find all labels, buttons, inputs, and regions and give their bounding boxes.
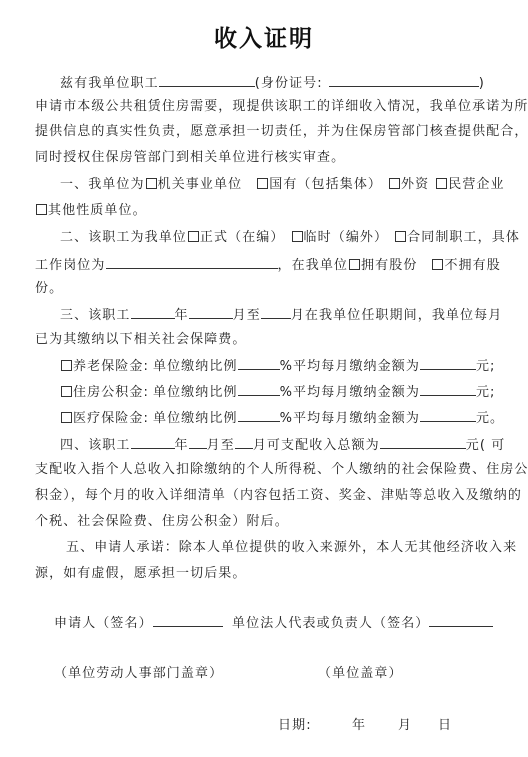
section4-month-tail: 月可支配收入总额为 xyxy=(253,438,380,453)
section3-year-field[interactable] xyxy=(131,306,175,319)
section3-line-1: 三、该职工年月至月在我单位任职期间，我单位每月 xyxy=(60,306,502,324)
medical-unit: 元。 xyxy=(476,411,504,426)
section4-prefix: 四、该职工 xyxy=(60,438,131,453)
checkbox-formal[interactable] xyxy=(188,231,199,242)
section4-line-1: 四、该职工年月至月可支配收入总额为元( 可 xyxy=(60,436,505,454)
section2-line-3: 份。 xyxy=(35,281,63,297)
insurance-row-medical: 医疗保险金:单位缴纳比例%平均每月缴纳金额为元。 xyxy=(60,409,504,427)
job-post-field[interactable] xyxy=(106,256,278,269)
medical-amount-field[interactable] xyxy=(420,409,476,422)
intro-line-4: 同时授权住保房管部门到相关单位进行核实审查。 xyxy=(35,150,345,166)
id-label: (身份证号: xyxy=(255,76,323,91)
date-label: 日期: xyxy=(278,718,312,734)
pension-amount-field[interactable] xyxy=(420,357,476,370)
date-month-label: 月 xyxy=(398,718,412,734)
section1-prefix: 一、我单位为 xyxy=(60,177,145,192)
insurance-row-pension: 养老保险金:单位缴纳比例%平均每月缴纳金额为元; xyxy=(60,357,496,375)
section4-line-3: 积金），每个月的收入详细清单（内容包括工资、奖金、津贴等总收入及缴纳的 xyxy=(35,488,522,504)
section4-line-2: 支配收入指个人总收入扣除缴纳的个人所得税、个人缴纳的社会保险费、住房公 xyxy=(35,462,528,478)
checkbox-gov-institution[interactable] xyxy=(146,178,157,189)
pension-avg-label: %平均每月缴纳金额为 xyxy=(280,359,420,374)
applicant-signature-row: 申请人（签名） xyxy=(54,614,223,632)
intro-line-3: 提供信息的真实性负责，愿意承担一切责任，并为住保房管部门核查提供配合， xyxy=(35,124,528,140)
legal-rep-signature-field[interactable] xyxy=(429,614,493,627)
checkbox-private[interactable] xyxy=(436,178,447,189)
option-contract: 合同制职工，具体 xyxy=(407,230,520,245)
pension-label: 养老保险金: xyxy=(73,359,149,374)
housing-fund-avg-label: %平均每月缴纳金额为 xyxy=(280,385,420,400)
unit-seal-label: （单位盖章） xyxy=(318,666,403,682)
section4-end-month-field[interactable] xyxy=(235,436,253,449)
intro-prefix: 兹有我单位职工 xyxy=(60,76,159,91)
section5-line-2: 源，如有虚假，愿承担一切后果。 xyxy=(35,566,247,582)
section3-end-month-field[interactable] xyxy=(261,306,291,319)
section1-line-1: 一、我单位为机关事业单位国有（包括集体）外资民营企业 xyxy=(60,177,505,193)
checkbox-no-shares[interactable] xyxy=(432,259,443,270)
section4-line-4: 个税、社会保险费、住房公积金）附后。 xyxy=(35,514,289,530)
checkbox-state-owned[interactable] xyxy=(257,178,268,189)
section4-unit: 元( 可 xyxy=(466,438,506,453)
medical-avg-label: %平均每月缴纳金额为 xyxy=(280,411,420,426)
legal-rep-signature-row: 单位法人代表或负责人（签名） xyxy=(232,614,493,632)
section3-year-label: 年 xyxy=(175,308,189,323)
section2-line-1: 二、该职工为我单位正式（在编）临时（编外）合同制职工，具体 xyxy=(60,230,520,246)
checkbox-has-shares[interactable] xyxy=(349,259,360,270)
checkbox-medical[interactable] xyxy=(61,412,72,423)
checkbox-foreign[interactable] xyxy=(389,178,400,189)
id-close: ) xyxy=(479,76,485,91)
applicant-signature-field[interactable] xyxy=(153,614,223,627)
id-number-field[interactable] xyxy=(329,74,479,87)
housing-fund-ratio-field[interactable] xyxy=(238,383,280,396)
date-day-label: 日 xyxy=(438,718,452,734)
section3-line-2: 已为其缴纳以下相关社会保障费。 xyxy=(35,332,247,348)
medical-ratio-field[interactable] xyxy=(238,409,280,422)
disposable-income-field[interactable] xyxy=(380,436,466,449)
housing-fund-unit: 元; xyxy=(476,385,496,400)
option-no-shares: 不拥有股 xyxy=(444,258,500,273)
section2-line-2: 工作岗位为，在我单位拥有股份不拥有股 xyxy=(35,256,501,274)
housing-fund-label: 住房公积金: xyxy=(73,385,149,400)
section4-year-label: 年 xyxy=(175,438,189,453)
hr-seal-label: （单位劳动人事部门盖章） xyxy=(54,666,223,682)
section5-line-1: 五、申请人承诺：除本人单位提供的收入来源外，本人无其他经济收入来 xyxy=(66,540,517,556)
section3-prefix: 三、该职工 xyxy=(60,308,131,323)
option-temporary: 临时（编外） xyxy=(304,230,389,245)
medical-label: 医疗保险金: xyxy=(73,411,149,426)
section4-month-to: 月至 xyxy=(207,438,235,453)
option-foreign: 外资 xyxy=(401,177,429,192)
checkbox-housing-fund[interactable] xyxy=(61,386,72,397)
option-state-owned: 国有（包括集体） xyxy=(269,177,382,192)
intro-line-1: 兹有我单位职工(身份证号:) xyxy=(60,74,485,92)
pension-ratio-label: 单位缴纳比例 xyxy=(153,359,238,374)
pension-unit: 元; xyxy=(476,359,496,374)
page-title: 收入证明 xyxy=(0,20,528,53)
insurance-row-housing-fund: 住房公积金:单位缴纳比例%平均每月缴纳金额为元; xyxy=(60,383,496,401)
section4-year-field[interactable] xyxy=(131,436,175,449)
option-other-unit: 其他性质单位。 xyxy=(48,203,147,218)
post-mid: ，在我单位 xyxy=(278,258,349,273)
checkbox-pension[interactable] xyxy=(61,360,72,371)
applicant-signature-label: 申请人（签名） xyxy=(54,616,153,631)
option-formal: 正式（在编） xyxy=(200,230,285,245)
housing-fund-ratio-label: 单位缴纳比例 xyxy=(153,385,238,400)
post-label: 工作岗位为 xyxy=(35,258,106,273)
checkbox-other-unit[interactable] xyxy=(36,204,47,215)
section2-prefix: 二、该职工为我单位 xyxy=(60,230,187,245)
employee-name-field[interactable] xyxy=(159,74,255,87)
option-has-shares: 拥有股份 xyxy=(361,258,417,273)
section3-month-to: 月至 xyxy=(233,308,261,323)
pension-ratio-field[interactable] xyxy=(238,357,280,370)
housing-fund-amount-field[interactable] xyxy=(420,383,476,396)
section3-start-month-field[interactable] xyxy=(189,306,233,319)
option-gov-institution: 机关事业单位 xyxy=(158,177,243,192)
option-private: 民营企业 xyxy=(448,177,504,192)
section1-line-2: 其他性质单位。 xyxy=(35,203,147,219)
legal-rep-signature-label: 单位法人代表或负责人（签名） xyxy=(232,616,429,631)
checkbox-contract[interactable] xyxy=(395,231,406,242)
medical-ratio-label: 单位缴纳比例 xyxy=(153,411,238,426)
date-year-label: 年 xyxy=(352,718,366,734)
section4-start-month-field[interactable] xyxy=(189,436,207,449)
intro-line-2: 申请市本级公共租赁住房需要，现提供该职工的详细收入情况，我单位承诺为所 xyxy=(35,99,528,115)
section3-month-tail: 月在我单位任职期间，我单位每月 xyxy=(291,308,503,323)
checkbox-temporary[interactable] xyxy=(292,231,303,242)
